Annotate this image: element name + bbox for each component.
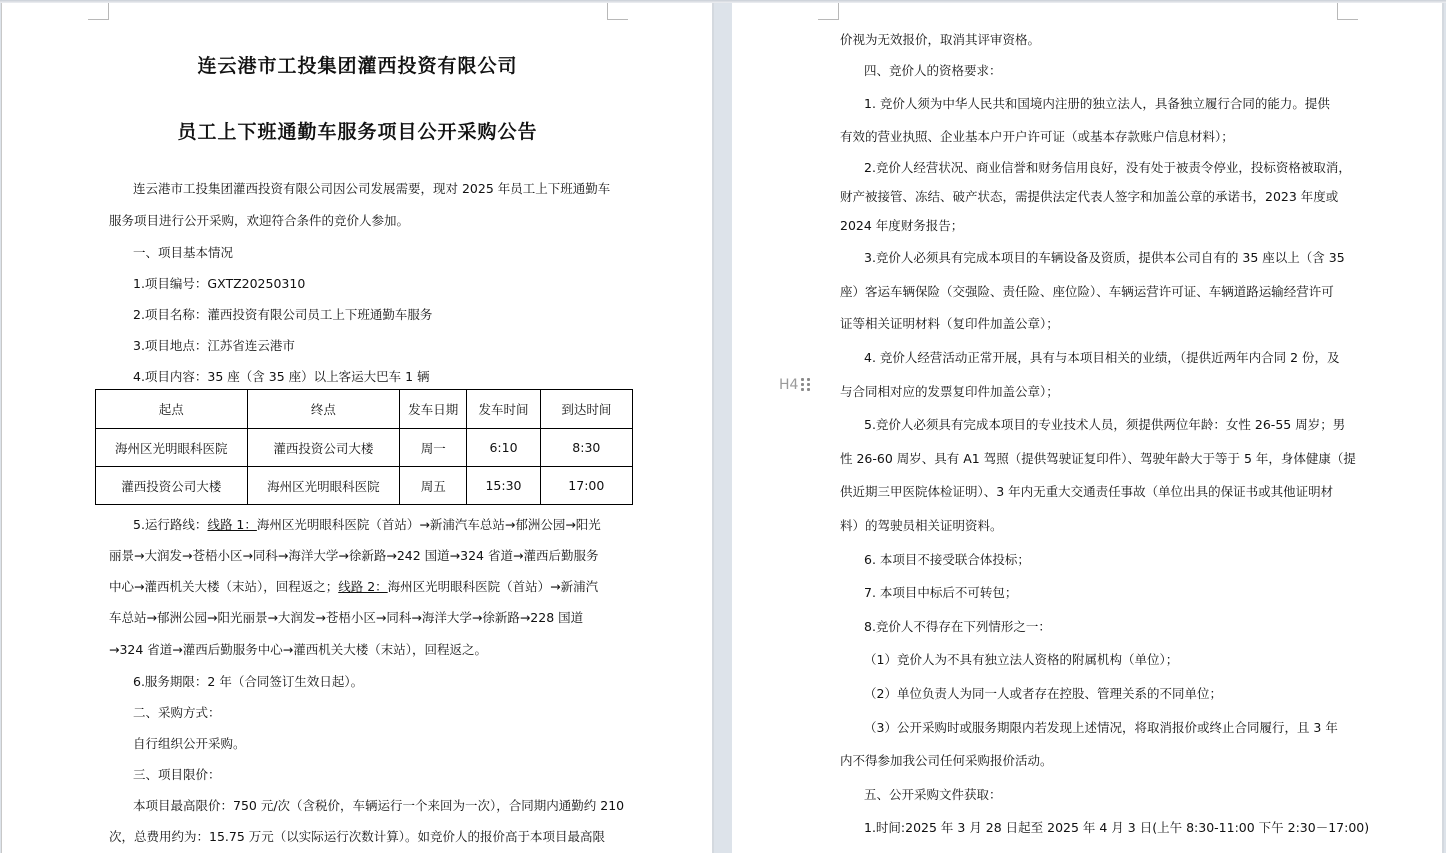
route-line-2: 丽景→大润发→苍梧小区→同科→海洋大学→徐新路→242 国道→324 省道→灌西… [109,548,598,564]
route-2-text: 海州区光明眼科医院（首站）→新浦汽 [388,579,598,594]
document-title-line2: 员工上下班通勤车服务项目公开采购公告 [1,117,714,144]
requirement-8: 8.竞价人不得存在下列情形之一： [864,619,1051,635]
requirement-1-line-1: 1. 竞价人须为中华人民共和国境内注册的独立法人，具备独立履行合同的能力。提供 [864,96,1330,112]
project-name: 2.项目名称：灌西投资有限公司员工上下班通勤车服务 [133,307,432,323]
requirement-8-sub-2: （2）单位负责人为同一人或者存在控股、管理关系的不同单位； [864,686,1222,702]
price-limit-line-1: 本项目最高限价：750 元/次（含税价，车辆运行一个来回为一次），合同期内通勤约… [133,798,624,814]
table-cell: 海州区光明眼科医院 [96,429,248,467]
table-cell: 灌西投资公司大楼 [96,467,248,505]
table-header-cell: 发车时间 [467,390,540,429]
requirement-1-line-2: 有效的营业执照、企业基本户开户许可证（或基本存款账户信息材料）； [840,129,1234,145]
margin-corner-mark [88,0,109,20]
table-cell: 6:10 [467,429,540,467]
document-title-line1: 连云港市工投集团灌西投资有限公司 [1,51,714,78]
page-shadow [712,0,714,853]
route-line-4: 车总站→郁洲公园→阳光丽景→大润发→苍梧小区→同科→海洋大学→徐新路→228 国… [109,610,583,626]
page-shadow [1442,0,1444,853]
route-prefix: 5.运行路线： [133,517,207,532]
requirement-8-sub-1: （1）竞价人为不具有独立法人资格的附属机构（单位）； [864,652,1178,668]
route-1-end: 中心→灌西机关大楼（末站），回程返之； [109,579,338,594]
heading-level-icon[interactable]: H4 [779,377,798,393]
continuation-line: 价视为无效报价，取消其评审资格。 [840,32,1040,48]
table-cell: 15:30 [467,467,540,505]
route-line-5: →324 省道→灌西后勤服务中心→灌西机关大楼（末站），回程返之。 [109,642,487,658]
procurement-method: 自行组织公开采购。 [133,736,246,752]
requirement-5-line-1: 5.竞价人必须具有完成本项目的专业技术人员，须提供两位年龄：女性 26-55 周… [864,417,1345,433]
requirement-5-line-2: 性 26-60 周岁、具有 A1 驾照（提供驾驶证复印件）、驾驶年龄大于等于 5… [840,451,1356,467]
route-2-label: 线路 2： [338,579,387,594]
requirement-3-line-1: 3.竞价人必须具有完成本项目的车辆设备及资质，提供本公司自有的 35 座以上（含… [864,250,1345,266]
table-header-row: 起点 终点 发车日期 发车时间 到达时间 [96,390,633,429]
requirement-3-line-3: 证等相关证明材料（复印件加盖公章）； [840,316,1059,332]
table-header-cell: 终点 [247,390,400,429]
requirement-8-sub-3-line-1: （3）公开采购时或服务期限内若发现上述情况，将取消报价或终止合同履行，且 3 年 [864,720,1338,736]
table-header-cell: 发车日期 [400,390,467,429]
service-period: 6.服务期限：2 年（合同签订生效日起）。 [133,674,363,690]
heading-level-label: H4 [779,377,798,393]
requirement-3-line-2: 座）客运车辆保险（交强险、责任险、座位险）、车辆运营许可证、车辆道路运输经营许可 [840,284,1334,300]
document-page-2[interactable]: 价视为无效报价，取消其评审资格。 四、竞价人的资格要求： 1. 竞价人须为中华人… [732,0,1444,853]
table-cell: 17:00 [540,467,632,505]
price-limit-line-2: 次，总费用约为：15.75 万元（以实际运行次数计算）。如竞价人的报价高于本项目… [109,829,605,845]
section-heading-1: 一、项目基本情况 [133,245,233,261]
section-heading-5: 五、公开采购文件获取： [864,787,1002,803]
margin-corner-mark [1337,0,1358,20]
table-header-cell: 到达时间 [540,390,632,429]
requirement-2-line-2: 财产被接管、冻结、破产状态，需提供法定代表人签字和加盖公章的承诺书，2023 年… [840,189,1338,205]
table-cell: 海州区光明眼科医院 [247,467,400,505]
requirement-2-line-1: 2.竞价人经营状况、商业信誉和财务信用良好，没有处于被责令停业，投标资格被取消， [864,160,1351,176]
table-cell: 周五 [400,467,467,505]
margin-corner-mark [818,0,839,20]
requirement-8-sub-3-line-2: 内不得参加我公司任何采购报价活动。 [840,753,1053,769]
document-page-1[interactable]: 连云港市工投集团灌西投资有限公司 员工上下班通勤车服务项目公开采购公告 连云港市… [1,0,714,853]
requirement-4-line-2: 与合同相对应的发票复印件加盖公章）； [840,384,1059,400]
requirement-5-line-3: 供近期三甲医院体检证明）、3 年内无重大交通责任事故（单位出具的保证书或其他证明… [840,484,1333,500]
route-1-label: 线路 1： [207,517,256,532]
requirement-2-line-3: 2024 年度财务报告； [840,218,963,234]
route-line-3: 中心→灌西机关大楼（末站），回程返之；线路 2：海州区光明眼科医院（首站）→新浦… [109,579,598,595]
intro-line-2: 服务项目进行公开采购，欢迎符合条件的竞价人参加。 [109,213,409,229]
table-cell: 8:30 [540,429,632,467]
document-acquisition-time: 1.时间:2025 年 3 月 28 日起至 2025 年 4 月 3 日(上午… [864,820,1369,836]
section-heading-3: 三、项目限价： [133,767,221,783]
table-header-cell: 起点 [96,390,248,429]
project-content: 4.项目内容：35 座（含 35 座）以上客运大巴车 1 辆 [133,369,430,385]
section-heading-2: 二、采购方式： [133,705,221,721]
requirement-5-line-4: 料）的驾驶员相关证明资料。 [840,518,1003,534]
requirement-4-line-1: 4. 竞价人经营活动正常开展，具有与本项目相关的业绩，（提供近两年内合同 2 份… [864,350,1340,366]
viewport-top-shadow [0,0,1446,3]
requirement-6: 6. 本项目不接受联合体投标； [864,552,1030,568]
requirement-7: 7. 本项目中标后不可转包； [864,585,1017,601]
drag-handle-icon[interactable] [801,378,811,392]
schedule-table: 起点 终点 发车日期 发车时间 到达时间 海州区光明眼科医院 灌西投资公司大楼 … [95,389,633,505]
table-row: 灌西投资公司大楼 海州区光明眼科医院 周五 15:30 17:00 [96,467,633,505]
route-1-text: 海州区光明眼科医院（首站）→新浦汽车总站→郁洲公园→阳光 [257,517,601,532]
table-row: 海州区光明眼科医院 灌西投资公司大楼 周一 6:10 8:30 [96,429,633,467]
table-cell: 周一 [400,429,467,467]
table-cell: 灌西投资公司大楼 [247,429,400,467]
project-location: 3.项目地点：江苏省连云港市 [133,338,295,354]
margin-corner-mark [607,0,628,20]
section-heading-4: 四、竞价人的资格要求： [864,63,1002,79]
intro-line-1: 连云港市工投集团灌西投资有限公司因公司发展需要，现对 2025 年员工上下班通勤… [133,181,610,197]
project-number: 1.项目编号：GXTZ20250310 [133,276,305,292]
route-line-1: 5.运行路线：线路 1：海州区光明眼科医院（首站）→新浦汽车总站→郁洲公园→阳光 [133,517,601,533]
